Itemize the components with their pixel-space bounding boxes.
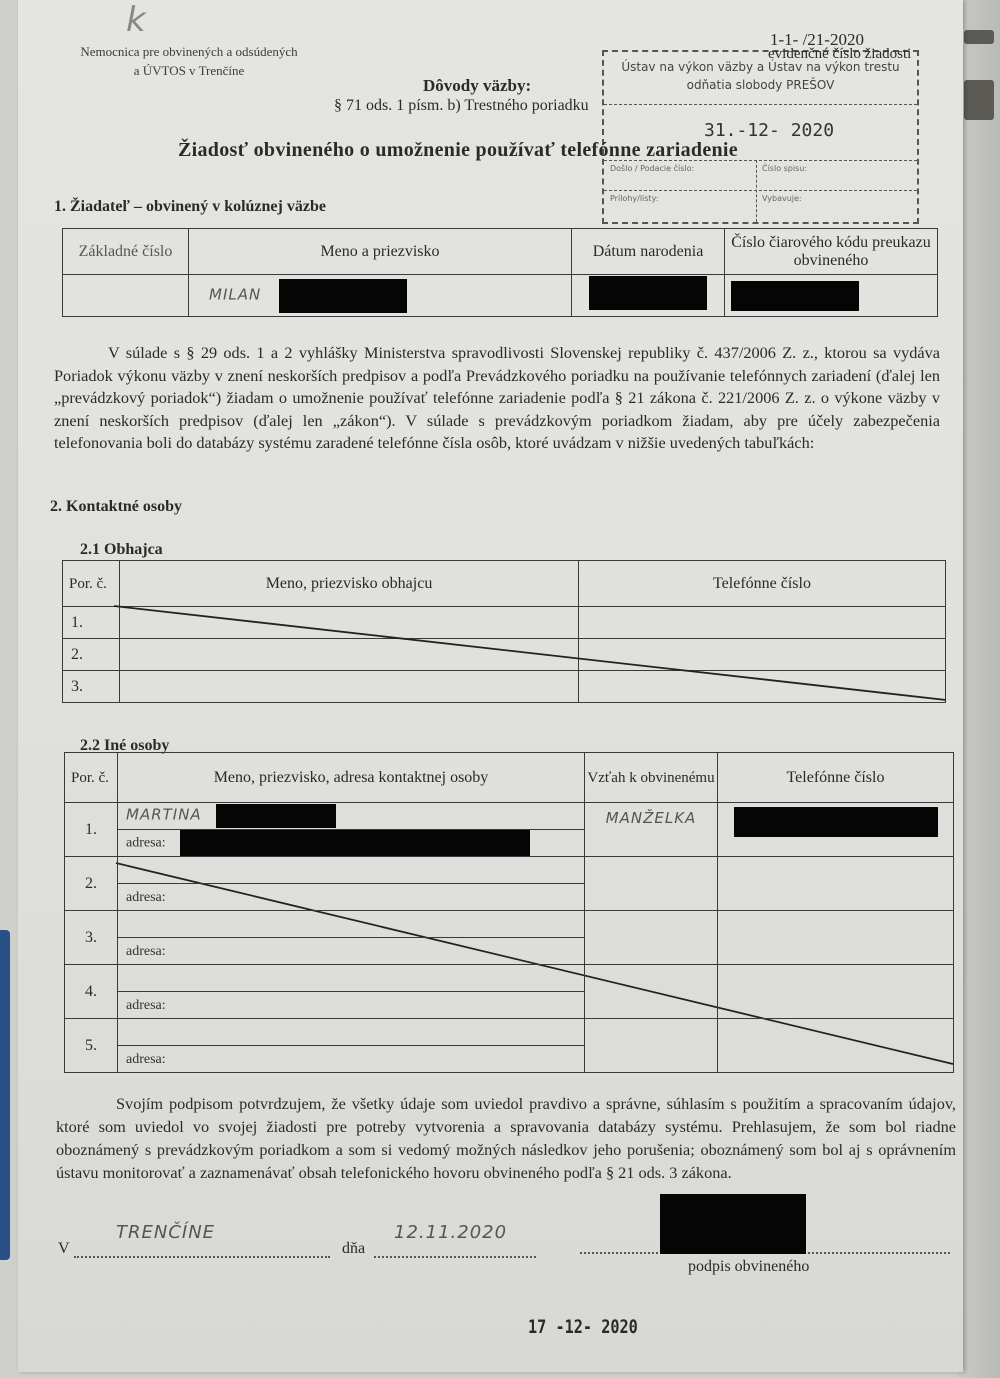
date-handwritten: 12.11.2020: [394, 1222, 507, 1243]
stamp-line-2: odňatia slobody PREŠOV: [604, 76, 917, 94]
redacted-contact-surname: [216, 804, 336, 828]
address-label: adresa:: [126, 1052, 166, 1067]
redacted-barcode: [731, 281, 859, 311]
signature-label: podpis obvineného: [688, 1258, 809, 1276]
relationship-handwritten: MANŽELKA: [606, 809, 697, 827]
row-number: 4.: [65, 965, 118, 1019]
intro-paragraph: V súlade s § 29 ods. 1 a 2 vyhlášky Mini…: [54, 342, 940, 455]
row-number: 2.: [63, 639, 120, 671]
registration-label: evidenčné číslo žiadosti: [768, 46, 911, 63]
redacted-contact-phone: [734, 807, 938, 837]
contact-name-cell[interactable]: [118, 857, 585, 884]
handwritten-initial: k: [126, 0, 146, 40]
stamp-field-file: Číslo spisu:: [762, 164, 807, 173]
institution-line-2: a ÚVTOS v Trenčíne: [54, 61, 324, 80]
col-order: Por. č.: [63, 561, 120, 607]
defender-phone-cell[interactable]: [579, 607, 946, 639]
contact-first-name-handwritten: MARTINA: [126, 806, 202, 824]
stamp-field-attachments: Prílohy/listy:: [610, 194, 658, 203]
background-desk: [958, 0, 1000, 1378]
address-label: adresa:: [126, 944, 166, 959]
detention-reasons-title: Dôvody väzby:: [423, 76, 531, 96]
col-birth-date: Dátum narodenia: [572, 229, 725, 275]
relationship-cell[interactable]: [585, 965, 718, 1019]
defender-phone-cell[interactable]: [579, 671, 946, 703]
institution-line-1: Nemocnica pre obvinených a odsúdených: [54, 42, 324, 61]
first-name-handwritten: MILAN: [209, 285, 261, 303]
place-handwritten: TRENČÍNE: [116, 1222, 215, 1243]
defender-name-cell[interactable]: [120, 639, 579, 671]
document-page: k Nemocnica pre obvinených a odsúdených …: [18, 0, 963, 1372]
place-label: V: [58, 1240, 70, 1258]
col-relationship: Vzťah k obvinenému: [585, 753, 718, 803]
row-number: 3.: [65, 911, 118, 965]
base-number-cell[interactable]: [63, 275, 189, 317]
received-stamp: Ústav na výkon väzby a Ústav na výkon tr…: [602, 50, 919, 224]
date-field[interactable]: [374, 1256, 536, 1258]
contact-address-cell[interactable]: adresa:: [118, 830, 585, 857]
redacted-signature: [660, 1194, 806, 1254]
contact-phone-cell[interactable]: [718, 1019, 954, 1073]
col-contact-phone: Telefónne číslo: [718, 753, 954, 803]
relationship-cell[interactable]: [585, 911, 718, 965]
signature-row: V TRENČÍNE dňa 12.11.2020 podpis obvinen…: [58, 1222, 958, 1282]
address-label: adresa:: [126, 836, 166, 851]
background-object: [964, 30, 994, 44]
contact-phone-cell[interactable]: [718, 803, 954, 857]
row-number: 5.: [65, 1019, 118, 1073]
defender-table: Por. č. Meno, priezvisko obhajcu Telefón…: [62, 560, 946, 703]
contact-name-cell[interactable]: [118, 1019, 585, 1046]
address-label: adresa:: [126, 998, 166, 1013]
bottom-date-stamp: 17 -12- 2020: [528, 1316, 638, 1338]
background-object: [0, 930, 10, 1260]
col-defender-name: Meno, priezvisko obhajcu: [120, 561, 579, 607]
birth-date-cell[interactable]: [572, 275, 725, 317]
contact-address-cell[interactable]: adresa:: [118, 884, 585, 911]
relationship-cell[interactable]: [585, 857, 718, 911]
contact-name-cell[interactable]: MARTINA: [118, 803, 585, 830]
col-base-number: Základné číslo: [63, 229, 189, 275]
detention-reasons-text: § 71 ods. 1 písm. b) Trestného poriadku: [334, 97, 589, 115]
barcode-cell[interactable]: [725, 275, 938, 317]
stamp-divider: [604, 104, 917, 105]
declaration-paragraph: Svojím podpisom potvrdzujem, že všetky ú…: [56, 1092, 956, 1184]
stamp-date: 31.-12- 2020: [704, 120, 834, 141]
defender-name-cell[interactable]: [120, 607, 579, 639]
contact-phone-cell[interactable]: [718, 911, 954, 965]
contact-phone-cell[interactable]: [718, 965, 954, 1019]
place-field[interactable]: [74, 1256, 330, 1258]
relationship-cell[interactable]: [585, 1019, 718, 1073]
contact-address-cell[interactable]: adresa:: [118, 1046, 585, 1073]
contact-name-cell[interactable]: [118, 911, 585, 938]
defender-name-cell[interactable]: [120, 671, 579, 703]
contact-phone-cell[interactable]: [718, 857, 954, 911]
section-1-heading: 1. Žiadateľ – obvinený v kolúznej väzbe: [54, 198, 326, 216]
col-order: Por. č.: [65, 753, 118, 803]
date-label: dňa: [342, 1240, 365, 1258]
background-object: [964, 80, 994, 120]
defender-heading: 2.1 Obhajca: [80, 541, 163, 559]
stamp-divider: [756, 160, 757, 222]
redacted-birth-date: [589, 276, 707, 310]
row-number: 1.: [63, 607, 120, 639]
stamp-divider: [604, 190, 917, 191]
contact-name-cell[interactable]: [118, 965, 585, 992]
redacted-contact-address: [180, 830, 530, 856]
other-persons-table: Por. č. Meno, priezvisko, adresa kontakt…: [64, 752, 954, 1073]
relationship-cell[interactable]: MANŽELKA: [585, 803, 718, 857]
row-number: 3.: [63, 671, 120, 703]
col-defender-phone: Telefónne číslo: [579, 561, 946, 607]
row-number: 2.: [65, 857, 118, 911]
col-name: Meno a priezvisko: [189, 229, 572, 275]
name-cell[interactable]: MILAN: [189, 275, 572, 317]
institution-name: Nemocnica pre obvinených a odsúdených a …: [54, 42, 324, 80]
redacted-surname: [279, 279, 407, 313]
address-label: adresa:: [126, 890, 166, 905]
defender-phone-cell[interactable]: [579, 639, 946, 671]
col-contact-name: Meno, priezvisko, adresa kontaktnej osob…: [118, 753, 585, 803]
applicant-table: Základné číslo Meno a priezvisko Dátum n…: [62, 228, 938, 317]
stamp-field-handled: Vybavuje:: [762, 194, 802, 203]
contact-address-cell[interactable]: adresa:: [118, 992, 585, 1019]
row-number: 1.: [65, 803, 118, 857]
stamp-field-registration: Došlo / Podacie číslo:: [610, 164, 694, 173]
col-barcode: Číslo čiarového kódu preukazu obvineného: [725, 229, 938, 275]
document-title: Žiadosť obvineného o umožnenie používať …: [178, 139, 738, 162]
section-2-heading: 2. Kontaktné osoby: [50, 498, 182, 516]
contact-address-cell[interactable]: adresa:: [118, 938, 585, 965]
stamp-header: Ústav na výkon väzby a Ústav na výkon tr…: [604, 58, 917, 94]
